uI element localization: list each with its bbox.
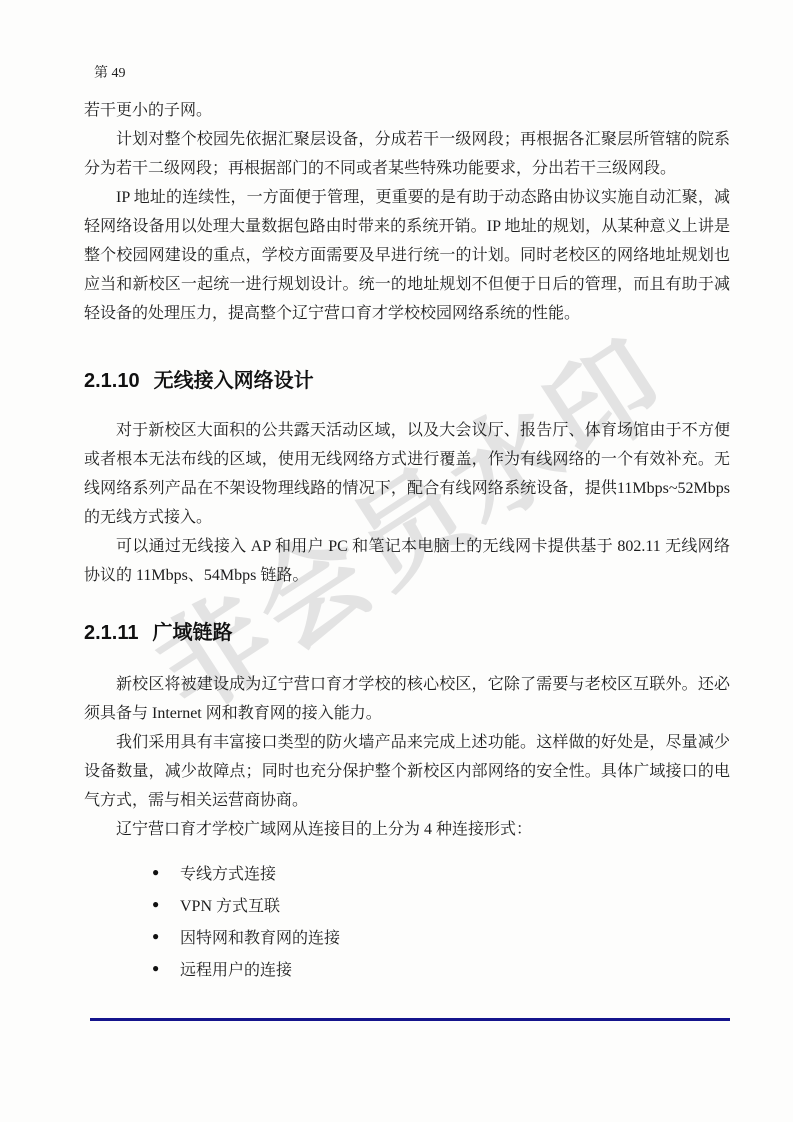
section-number: 2.1.11 <box>84 622 139 644</box>
bullet-icon: ● <box>152 961 180 976</box>
bullet-list: ● 专线方式连接 ● VPN 方式互联 ● 因特网和教育网的连接 ● 远程用户的… <box>84 856 730 984</box>
page-content: 第 49 若干更小的子网。 计划对整个校园先依据汇聚层设备，分成若干一级网段；再… <box>84 64 730 984</box>
list-item: ● 专线方式连接 <box>84 856 730 888</box>
section-heading-wan: 2.1.11广域链路 <box>84 620 730 646</box>
paragraph-wan-types: 辽宁营口育才学校广域网从连接目的上分为 4 种连接形式： <box>84 815 730 844</box>
document-page: 非会员水印 第 49 若干更小的子网。 计划对整个校园先依据汇聚层设备，分成若干… <box>0 0 793 1122</box>
section-number: 2.1.10 <box>84 370 140 392</box>
bullet-icon: ● <box>152 865 180 880</box>
paragraph-wireless-coverage: 对于新校区大面积的公共露天活动区域，以及大会议厅、报告厅、体育场馆由于不方便或者… <box>84 416 730 532</box>
paragraph-subnet-plan: 计划对整个校园先依据汇聚层设备，分成若干一级网段；再根据各汇聚层所管辖的院系分为… <box>84 125 730 183</box>
bullet-icon: ● <box>152 929 180 944</box>
section-heading-wireless: 2.1.10无线接入网络设计 <box>84 368 730 394</box>
list-item: ● 远程用户的连接 <box>84 952 730 984</box>
section-title: 广域链路 <box>153 622 233 644</box>
list-item: ● VPN 方式互联 <box>84 888 730 920</box>
list-item-label: 因特网和教育网的连接 <box>180 925 340 948</box>
paragraph-wireless-links: 可以通过无线接入 AP 和用户 PC 和笔记本电脑上的无线网卡提供基于 802.… <box>84 532 730 590</box>
paragraph-ip-address: IP 地址的连续性，一方面便于管理，更重要的是有助于动态路由协议实施自动汇聚，减… <box>84 183 730 328</box>
list-item-label: VPN 方式互联 <box>180 893 280 916</box>
list-item: ● 因特网和教育网的连接 <box>84 920 730 952</box>
paragraph-wan-core: 新校区将被建设成为辽宁营口育才学校的核心校区，它除了需要与老校区互联外。还必须具… <box>84 670 730 728</box>
section-title: 无线接入网络设计 <box>154 370 314 392</box>
list-item-label: 专线方式连接 <box>180 861 276 884</box>
paragraph-continuation: 若干更小的子网。 <box>84 96 730 125</box>
bullet-icon: ● <box>152 897 180 912</box>
list-item-label: 远程用户的连接 <box>180 957 292 980</box>
footer-divider <box>90 1018 730 1021</box>
page-number: 第 49 <box>94 64 730 84</box>
paragraph-wan-firewall: 我们采用具有丰富接口类型的防火墙产品来完成上述功能。这样做的好处是，尽量减少设备… <box>84 728 730 815</box>
